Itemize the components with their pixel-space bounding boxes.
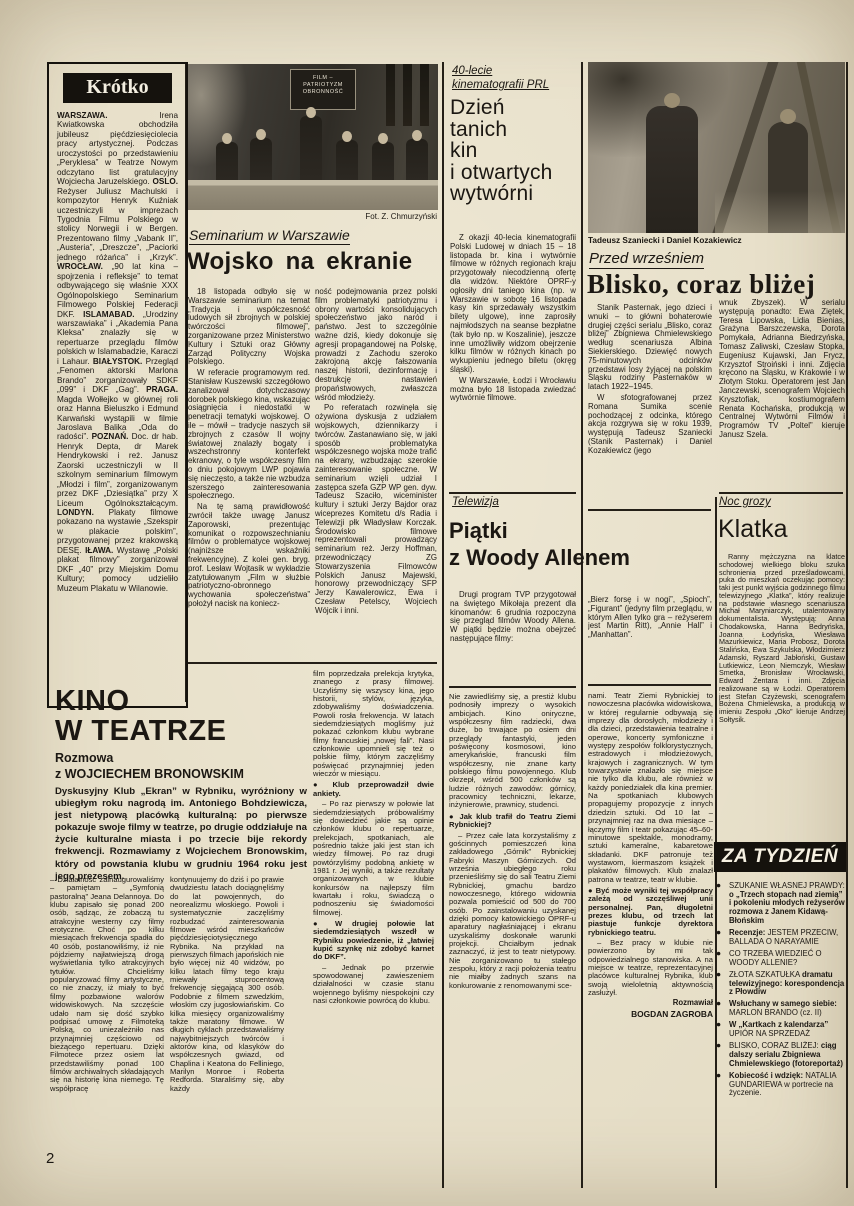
article-column: „Bierz forsę i w nogi”, „Śpioch”, „Figur…: [588, 596, 712, 682]
horizontal-rule: [588, 509, 711, 511]
headline-line: W TEATRZE: [55, 716, 227, 746]
banner-line: FILM –: [291, 75, 355, 82]
seminar-photo: FILM – PATRIOTYZM OBRONNOŚĆ: [188, 64, 438, 210]
photo-figure: [406, 139, 428, 181]
paragraph: Po referatach rozwinęła się ożywiona dys…: [315, 404, 437, 615]
photo-table: [188, 180, 438, 210]
list-item: ●W „Kartkach z kalendarza” UPIÓR NA SPRZ…: [716, 1021, 846, 1038]
paragraph: film poprzedzała prelekcja krytyka, znan…: [313, 670, 434, 778]
subtitle-line: z WOJCIECHEM BRONOWSKIM: [55, 767, 244, 783]
interview-question: ● W drugiej połowie lat siedemdziesiątyc…: [313, 920, 434, 962]
headline-line: KINO: [55, 686, 227, 716]
bullet-icon: ●: [716, 999, 721, 1008]
paragraph: ność podejmowania przez polski film prob…: [315, 288, 437, 402]
paragraph: kontynuujemy do dziś i po prawie dwudzie…: [170, 876, 284, 1093]
article-column: wnuk Zbyszek). W serialu występują ponad…: [719, 299, 845, 486]
krotko-body-text: WARSZAWA. Irena Kwiatkowska obchodziła j…: [49, 108, 186, 593]
photo-figure: [646, 106, 698, 233]
page-number: 2: [46, 1150, 54, 1167]
interview-signoff-name: BOGDAN ZAGROBA: [588, 1010, 713, 1018]
photo-flags: [386, 64, 429, 126]
article-subtitle: Rozmowa z WOJCIECHEM BRONOWSKIM: [55, 751, 244, 782]
photo-flag: [420, 64, 429, 126]
za-tydzien-header: ZA TYDZIEŃ: [714, 842, 846, 872]
section-kicker-noc-grozy: Noc grozy: [719, 496, 771, 508]
serial-photo: [588, 62, 845, 233]
photo-figure: [300, 116, 322, 180]
paragraph: – Bez pracy w klubie nie powierzono by m…: [588, 939, 713, 997]
list-item: ●ZŁOTA SZKATUŁKA dramatu telewizyjnego: …: [716, 971, 846, 997]
bullet-icon: ●: [716, 970, 721, 979]
headline-line: z Woody Allenem: [449, 544, 729, 571]
subtitle-line: Rozmowa: [55, 751, 244, 767]
article-headline-blisko: Blisko, coraz bliżej: [587, 269, 815, 300]
seminar-banner: FILM – PATRIOTYZM OBRONNOŚĆ: [290, 69, 356, 110]
photo-flag: [386, 64, 395, 126]
photo-credit: Fot. Z. Chmurzyński: [188, 212, 437, 221]
interview-question: ● Klub przeprowadził dwie ankiety.: [313, 781, 434, 798]
article-headline-wojsko: Wojsko na ekranie: [187, 248, 412, 276]
vertical-rule: [581, 62, 583, 1188]
banner-line: OBRONNOŚĆ: [291, 89, 355, 96]
paragraph: – Jednak po przerwie spowodowanej zawies…: [313, 964, 434, 1006]
bullet-icon: ●: [716, 1020, 721, 1029]
article-column: Z okazji 40-lecia kinematografii Polski …: [450, 234, 576, 486]
interview-column: nami. Teatr Ziemi Rybnickiej to nowoczes…: [588, 692, 713, 1184]
kicker-text: Przed wrześniem: [589, 250, 704, 269]
headline-line: kin: [450, 140, 553, 162]
photo-caption: Tadeusz Szaniecki i Daniel Kozakiewicz: [588, 236, 845, 245]
kicker-line: kinematografii PRL: [452, 78, 549, 92]
interview-column: – Działalność zainaugurowaliśmy – pamięt…: [50, 876, 164, 1154]
article-column: 18 listopada odbyło się w Warszawie semi…: [188, 288, 310, 662]
section-kicker-przed-wrzesniem: Przed wrześniem: [589, 250, 704, 269]
paragraph: Ranny mężczyzna na klatce schodowej wiel…: [719, 553, 845, 724]
bullet-icon: ●: [716, 949, 721, 958]
article-column: Stanik Pasternak, jego dzieci i wnuki – …: [588, 304, 712, 502]
horizontal-rule: [188, 662, 437, 664]
paragraph: W sfotografowanej przez Romana Sumika sc…: [588, 394, 712, 456]
photo-decoration: [715, 191, 845, 233]
article-headline-kino-w-teatrze: KINO W TEATRZE: [55, 686, 227, 746]
krotko-briefs-box: Krótko WARSZAWA. Irena Kwiatkowska obcho…: [47, 62, 188, 708]
section-kicker-seminarium: Seminarium w Warszawie: [189, 227, 350, 245]
vertical-rule: [442, 62, 444, 1188]
bullet-icon: ●: [716, 1071, 721, 1080]
headline-line: tanich: [450, 119, 553, 141]
list-item: ●Wsłuchany w samego siebie: MARLON BRAND…: [716, 1000, 846, 1017]
paragraph: Na tę samą prawidłowość zwrócił także uw…: [188, 503, 310, 609]
headline-line: i otwartych: [450, 162, 553, 184]
article-headline-tanie-kina: Dzień tanich kin i otwartych wytwórni: [450, 97, 553, 205]
horizontal-rule: [719, 492, 843, 494]
list-item: ●Recenzje: JESTEM PRZECIW, BALLADA O NAR…: [716, 929, 846, 946]
interview-column: film poprzedzała prelekcja krytyka, znan…: [313, 670, 434, 1158]
section-kicker-40-lecie: 40-lecie kinematografii PRL: [452, 64, 549, 92]
paragraph: – Przez całe lata korzystaliśmy z gościn…: [449, 832, 576, 991]
vertical-rule: [846, 62, 848, 1188]
article-headline-piatki: Piątki z Woody Allenem: [449, 517, 729, 571]
list-item: ●CO TRZEBA WIEDZIEĆ O WOODY ALLENIE?: [716, 950, 846, 967]
interview-signoff-role: Rozmawiał: [588, 999, 713, 1007]
newspaper-page: Krótko WARSZAWA. Irena Kwiatkowska obcho…: [0, 0, 854, 1206]
paragraph: Stanik Pasternak, jego dzieci i wnuki – …: [588, 304, 712, 392]
section-kicker-telewizja: Telewizja: [452, 496, 499, 508]
paragraph: W Warszawie, Łodzi i Wrocławiu można był…: [450, 377, 576, 403]
paragraph: – Po raz pierwszy w połowie lat siedemdz…: [313, 800, 434, 917]
article-lead: Dyskusyjny Klub „Ekran” w Rybniku, wyróż…: [55, 786, 307, 883]
photo-figure: [336, 140, 358, 182]
photo-figure: [372, 142, 394, 184]
paragraph: Nie zawiedliśmy się, a prestiż klubu pod…: [449, 693, 576, 810]
photo-flag: [403, 64, 412, 126]
paragraph: – Działalność zainaugurowaliśmy – pamięt…: [50, 876, 164, 1093]
horizontal-rule: [449, 492, 576, 494]
bullet-icon: ●: [716, 928, 721, 937]
paragraph: nami. Teatr Ziemi Rybnickiej to nowoczes…: [588, 692, 713, 884]
horizontal-rule: [449, 686, 576, 688]
list-item: ●Kobiecość i wdzięk: NATALIA GUNDARIEWA …: [716, 1072, 846, 1098]
paragraph: W referacie programowym red. Stanisław K…: [188, 369, 310, 501]
bullet-icon: ●: [716, 882, 721, 890]
article-column: Ranny mężczyzna na klatce schodowej wiel…: [719, 553, 845, 839]
paragraph: 18 listopada odbyło się w Warszawie semi…: [188, 288, 310, 367]
list-item: ●BLISKO, CORAZ BLIŻEJ: ciąg dalszy seria…: [716, 1042, 846, 1068]
horizontal-rule: [588, 684, 711, 686]
headline-line: wytwórni: [450, 183, 553, 205]
interview-question: ● Jak klub trafił do Teatru Ziemi Rybnic…: [449, 813, 576, 830]
banner-line: PATRIOTYZM: [291, 82, 355, 89]
kicker-line: 40-lecie: [452, 64, 549, 78]
bullet-icon: ●: [716, 1041, 721, 1050]
interview-column: Nie zawiedliśmy się, a prestiż klubu pod…: [449, 693, 576, 1145]
headline-line: Dzień: [450, 97, 553, 119]
kicker-text: Seminarium w Warszawie: [189, 227, 350, 245]
photo-figure: [216, 142, 238, 184]
paragraph: Z okazji 40-lecia kinematografii Polski …: [450, 234, 576, 375]
paragraph: Drugi program TVP przygotował na święteg…: [450, 591, 576, 644]
interview-column: kontynuujemy do dziś i po prawie dwudzie…: [170, 876, 284, 1154]
za-tydzien-list: ●SZUKANIE WŁASNEJ PRAWDY: o „Trzech stop…: [716, 882, 846, 1188]
photo-figure: [250, 138, 272, 180]
krotko-title: Krótko: [63, 73, 172, 103]
list-item: ●SZUKANIE WŁASNEJ PRAWDY: o „Trzech stop…: [716, 882, 846, 926]
article-column: ność podejmowania przez polski film prob…: [315, 288, 437, 662]
interview-question: ● Być może wyniki tej współpracy zależą …: [588, 887, 713, 937]
article-headline-klatka: Klatka: [718, 515, 787, 544]
paragraph: „Bierz forsę i w nogi”, „Śpioch”, „Figur…: [588, 596, 712, 640]
paragraph: wnuk Zbyszek). W serialu występują ponad…: [719, 299, 845, 440]
article-column: Drugi program TVP przygotował na święteg…: [450, 591, 576, 683]
headline-line: Piątki: [449, 517, 729, 544]
